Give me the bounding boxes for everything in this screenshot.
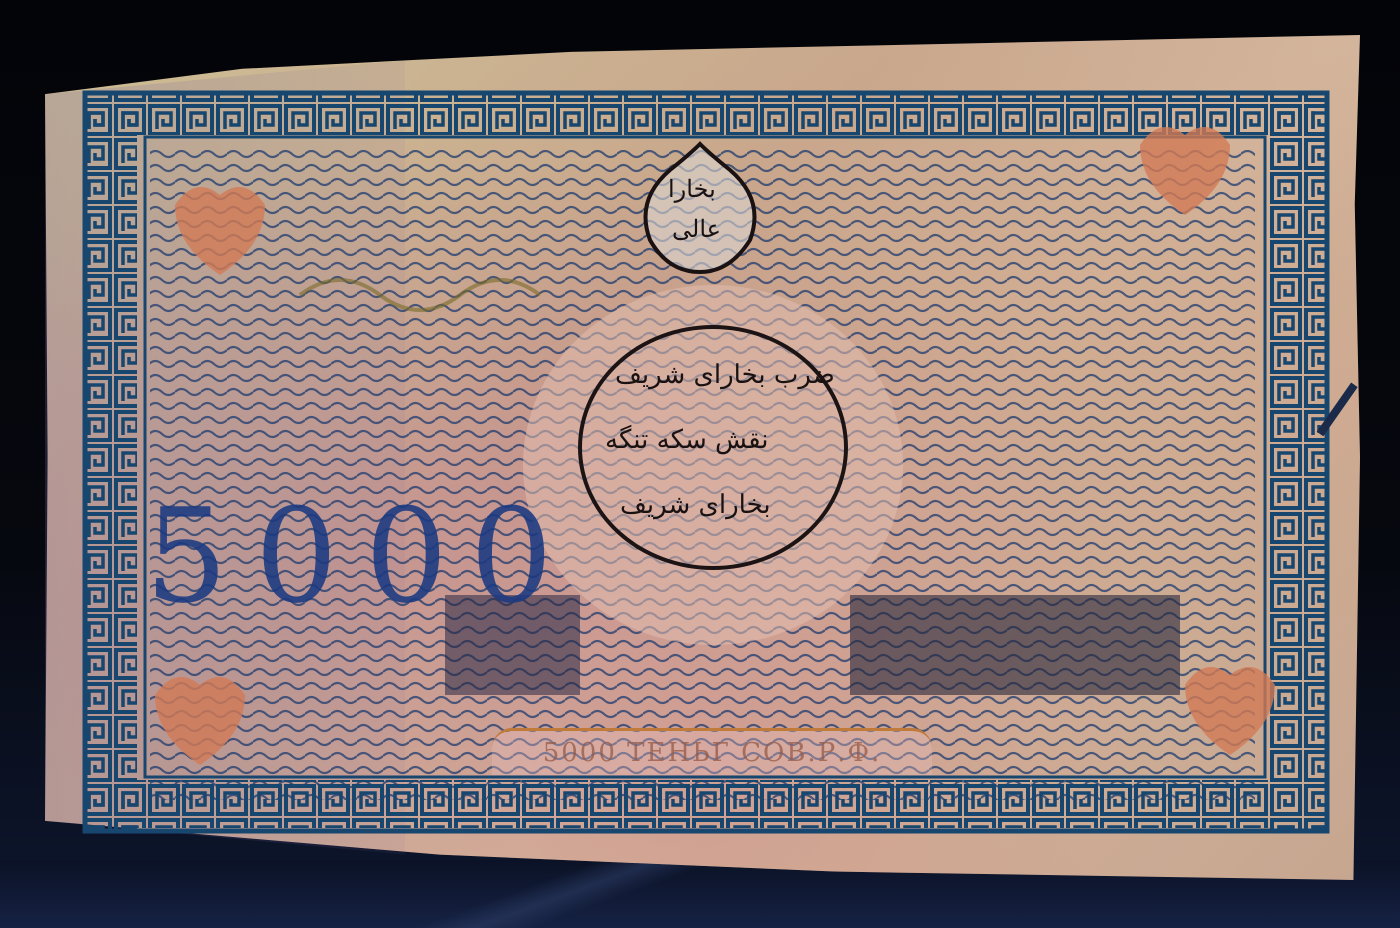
denomination-cartouche: 5000 ТЕНЬГ СОВ.Р.Ф. — [492, 728, 932, 775]
round-seal-line-2: نقش سکه تنگه — [605, 425, 769, 455]
round-seal-line-1: ضرب بخارای شریف — [615, 360, 835, 390]
numeral-1: 5 — [145, 480, 228, 632]
teardrop-seal — [630, 140, 770, 275]
teardrop-seal-line-2: عالی — [672, 215, 721, 243]
round-seal-line-3: بخارای شریف — [620, 490, 771, 520]
numeral-2: 0 — [255, 480, 338, 632]
teardrop-seal-line-1: بخارا — [668, 175, 716, 203]
numeral-3: 0 — [365, 480, 448, 632]
right-denomination-panel — [850, 595, 1180, 695]
numeral-4: 0 — [470, 480, 553, 632]
